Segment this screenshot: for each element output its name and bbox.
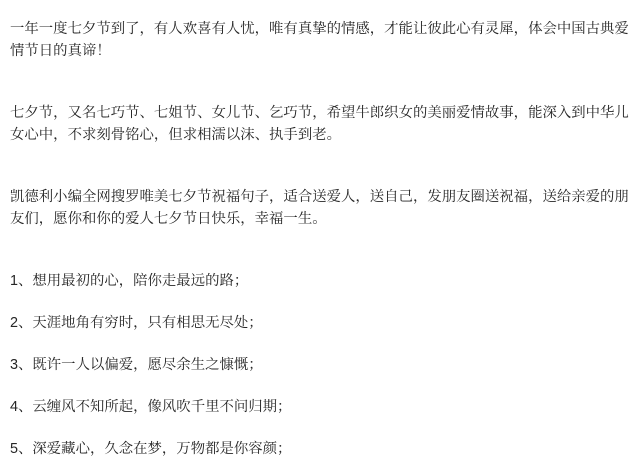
greeting-list-item-5: 5、深爱藏心，久念在梦，万物都是你容颜； (10, 438, 630, 460)
greeting-list-item-1: 1、想用最初的心，陪你走最远的路； (10, 270, 630, 292)
text-line: 凯德利小编全网搜罗唯美七夕节祝福句子，适合送爱人，送自己，发朋友圈送祝福，送给亲… (10, 186, 630, 208)
greeting-list-item-4: 4、云缠风不知所起，像风吹千里不问归期； (10, 396, 630, 418)
greeting-list-item-2: 2、天涯地角有穷时，只有相思无尽处； (10, 312, 630, 334)
intro-paragraph: 一年一度七夕节到了，有人欢喜有人忧，唯有真挚的情感，才能让彼此心有灵犀，体会中国… (10, 18, 630, 62)
text-line: 友们，愿你和你的爱人七夕节日快乐，幸福一生。 (10, 208, 630, 230)
text-line: 情节日的真谛！ (10, 40, 630, 62)
text-line: 女心中，不求刻骨铭心，但求相濡以沫、执手到老。 (10, 124, 630, 146)
greeting-list-item-3: 3、既许一人以偏爱，愿尽余生之慷慨； (10, 354, 630, 376)
text-line: 七夕节，又名七巧节、七姐节、女儿节、乞巧节，希望牛郎织女的美丽爱情故事，能深入到… (10, 102, 630, 124)
article-page: 一年一度七夕节到了，有人欢喜有人忧，唯有真挚的情感，才能让彼此心有灵犀，体会中国… (0, 0, 640, 469)
festival-description-paragraph: 七夕节，又名七巧节、七姐节、女儿节、乞巧节，希望牛郎织女的美丽爱情故事，能深入到… (10, 102, 630, 146)
editor-note-paragraph: 凯德利小编全网搜罗唯美七夕节祝福句子，适合送爱人，送自己，发朋友圈送祝福，送给亲… (10, 186, 630, 230)
text-line: 一年一度七夕节到了，有人欢喜有人忧，唯有真挚的情感，才能让彼此心有灵犀，体会中国… (10, 18, 630, 40)
